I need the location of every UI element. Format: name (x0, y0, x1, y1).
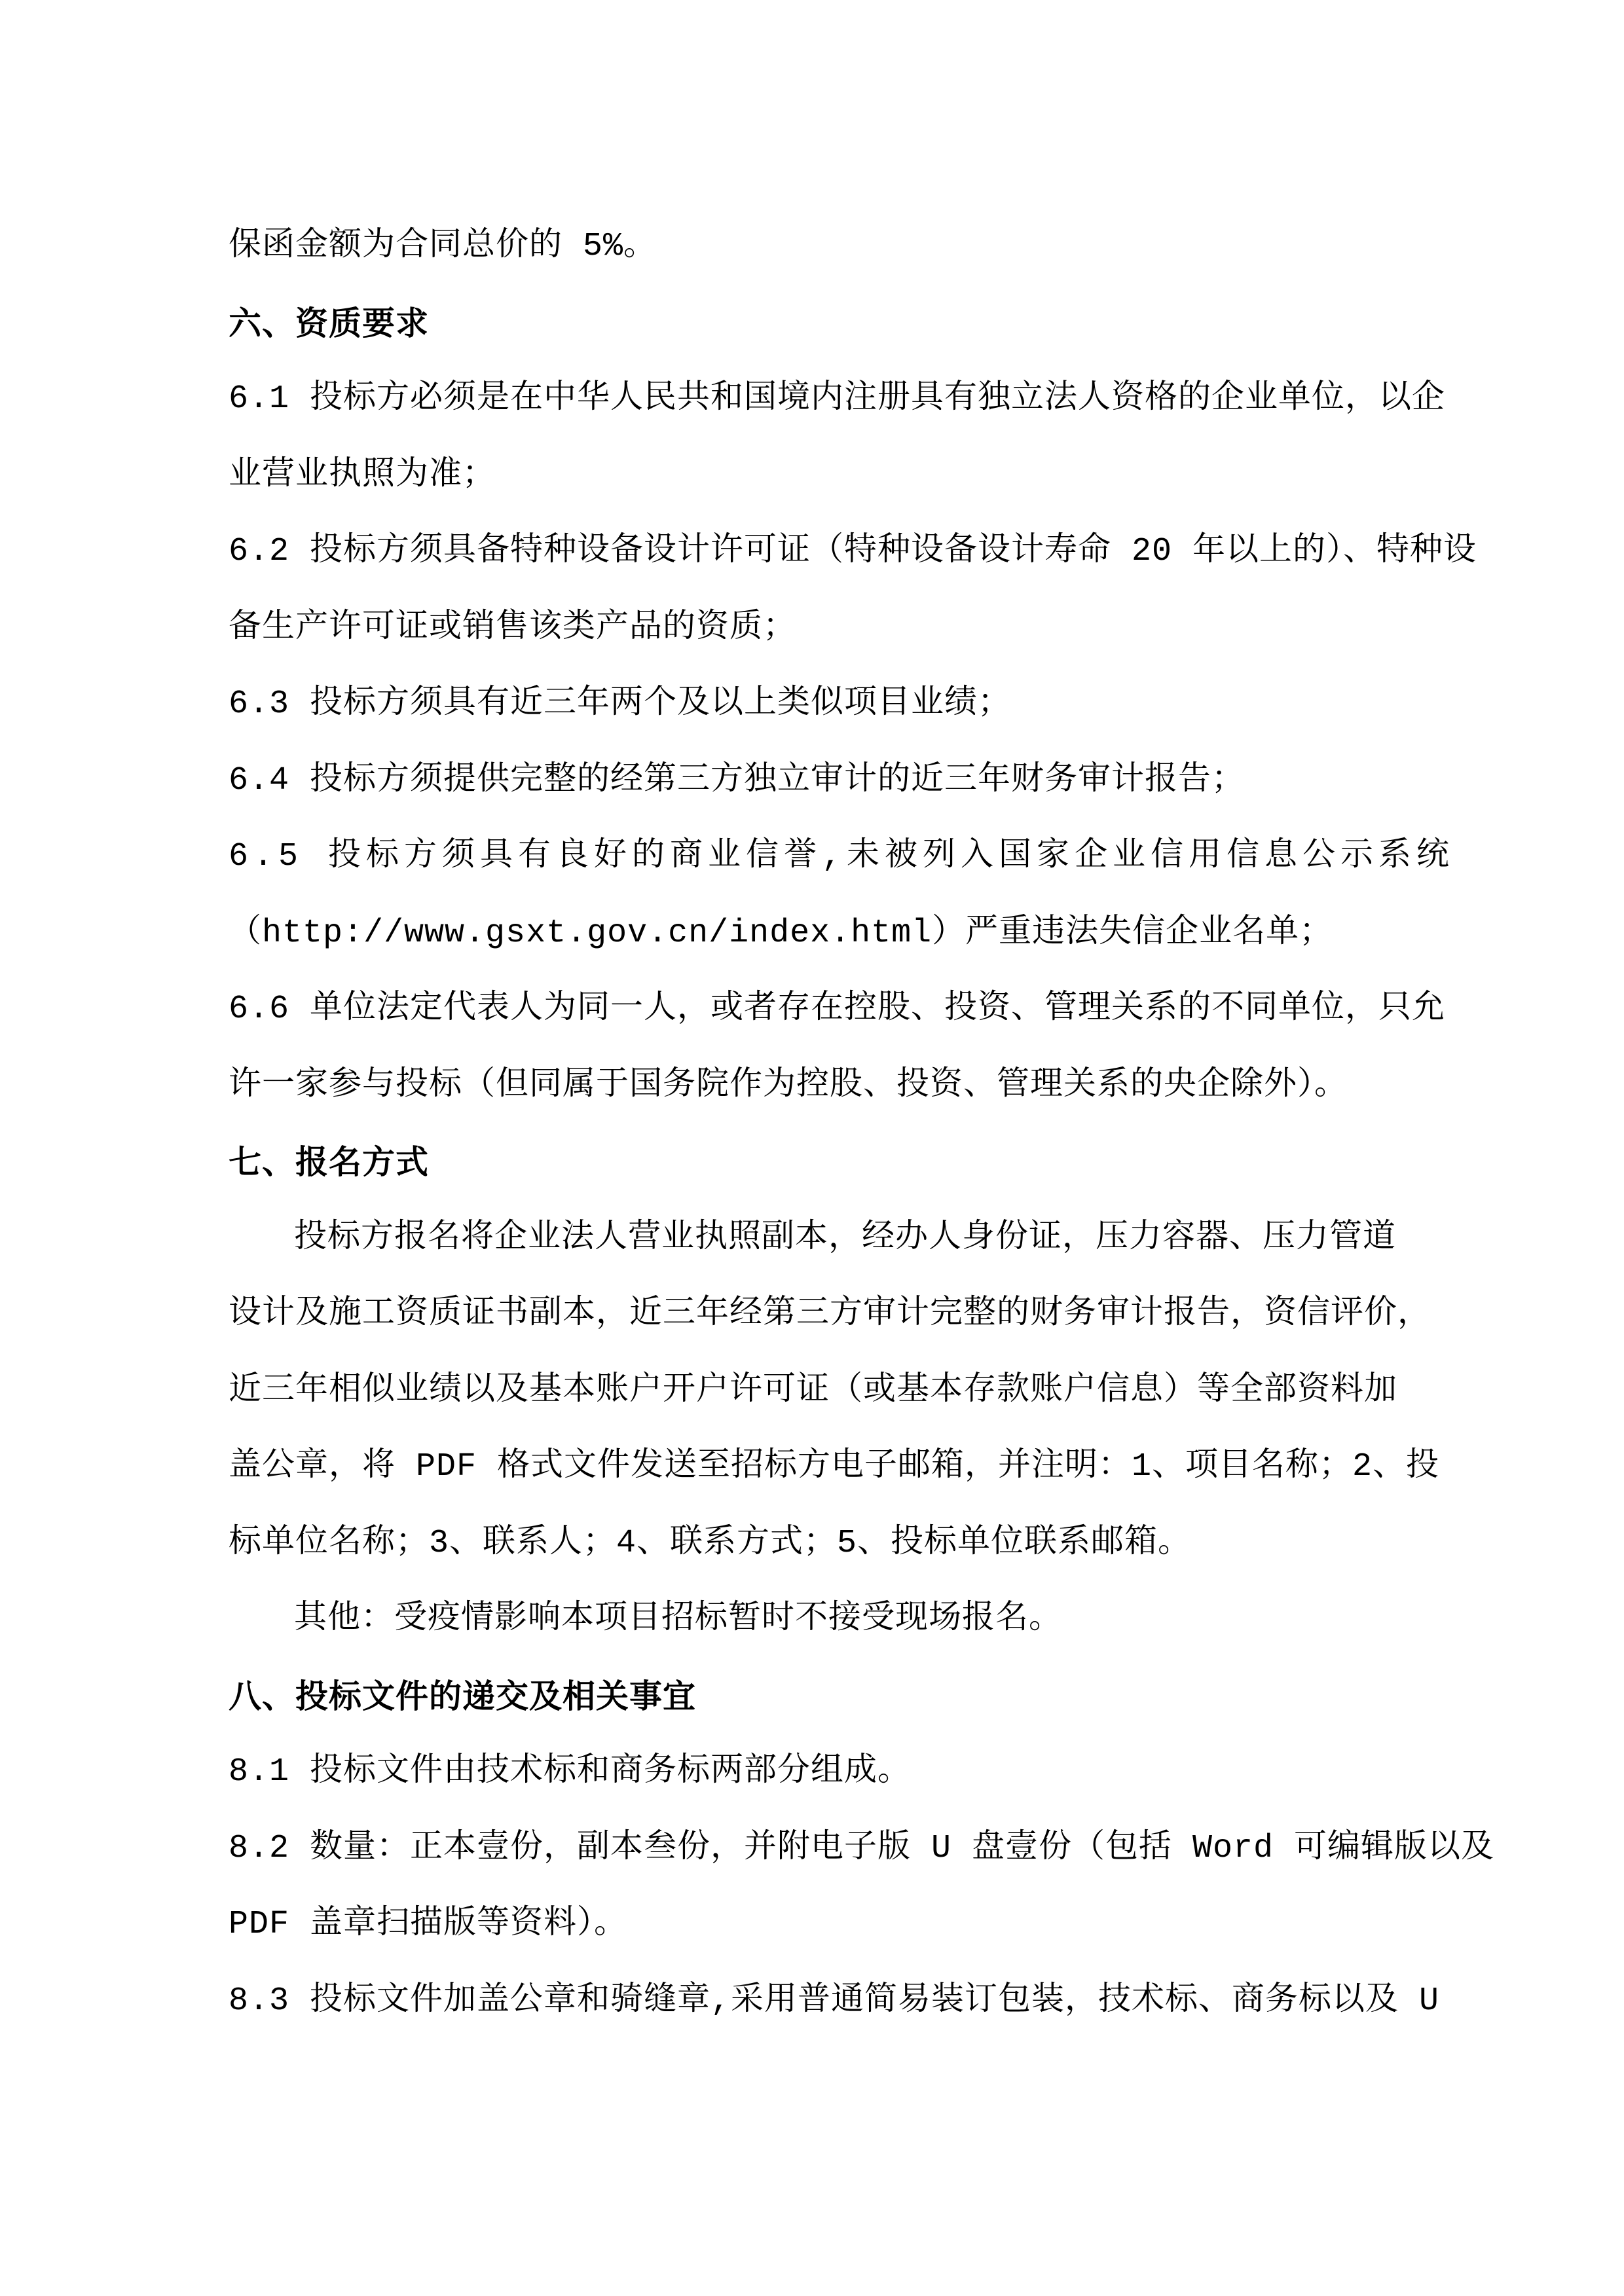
clause-8-2-line-1: 8.2 数量：正本壹份，副本叁份，并附电子版 U 盘壹份（包括 Word 可编辑… (229, 1811, 1401, 1887)
section-heading-8: 八、投标文件的递交及相关事宜 (229, 1658, 1401, 1735)
section-7-para-line-5: 标单位名称；3、联系人；4、联系方式；5、投标单位联系邮箱。 (229, 1506, 1401, 1582)
clause-8-2-line-2: PDF 盖章扫描版等资料）。 (229, 1887, 1401, 1963)
clause-6-5-line-2-url: （http://www.gsxt.gov.cn/index.html）严重违法失… (229, 896, 1401, 972)
document-body: 保函金额为合同总价的 5%。 六、资质要求 6.1 投标方必须是在中华人民共和国… (229, 209, 1401, 2039)
clause-6-6-line-2: 许一家参与投标（但同属于国务院作为控股、投资、管理关系的央企除外）。 (229, 1048, 1401, 1125)
clause-6-5-line-1: 6.5 投标方须具有良好的商业信誉,未被列入国家企业信用信息公示系统 (229, 819, 1401, 896)
section-7-para-line-4: 盖公章，将 PDF 格式文件发送至招标方电子邮箱，并注明：1、项目名称；2、投 (229, 1429, 1401, 1506)
section-7-para-line-2: 设计及施工资质证书副本，近三年经第三方审计完整的财务审计报告，资信评价， (229, 1277, 1401, 1353)
clause-6-6-line-1: 6.6 单位法定代表人为同一人，或者存在控股、投资、管理关系的不同单位，只允 (229, 972, 1401, 1048)
clause-6-2-line-1: 6.2 投标方须具备特种设备设计许可证（特种设备设计寿命 20 年以上的）、特种… (229, 514, 1401, 591)
clause-6-2-line-2: 备生产许可证或销售该类产品的资质； (229, 591, 1401, 667)
clause-8-1-line: 8.1 投标文件由技术标和商务标两部分组成。 (229, 1734, 1401, 1811)
clause-6-1-line-1: 6.1 投标方必须是在中华人民共和国境内注册具有独立法人资格的企业单位，以企 (229, 361, 1401, 438)
clause-6-3-line: 6.3 投标方须具有近三年两个及以上类似项目业绩； (229, 666, 1401, 743)
paragraph-line: 保函金额为合同总价的 5%。 (229, 209, 1401, 285)
section-7-para-line-1: 投标方报名将企业法人营业执照副本，经办人身份证，压力容器、压力管道 (229, 1201, 1401, 1277)
document-page: 保函金额为合同总价的 5%。 六、资质要求 6.1 投标方必须是在中华人民共和国… (0, 0, 1624, 2296)
section-7-para-line-3: 近三年相似业绩以及基本账户开户许可证（或基本存款账户信息）等全部资料加 (229, 1353, 1401, 1430)
clause-6-4-line: 6.4 投标方须提供完整的经第三方独立审计的近三年财务审计报告； (229, 743, 1401, 820)
section-7-other-note-line: 其他：受疫情影响本项目招标暂时不接受现场报名。 (229, 1582, 1401, 1658)
section-heading-6: 六、资质要求 (229, 285, 1401, 362)
clause-8-3-line: 8.3 投标文件加盖公章和骑缝章,采用普通简易装订包装，技术标、商务标以及 U (229, 1963, 1401, 2040)
section-heading-7: 七、报名方式 (229, 1124, 1401, 1201)
clause-6-1-line-2: 业营业执照为准； (229, 438, 1401, 515)
